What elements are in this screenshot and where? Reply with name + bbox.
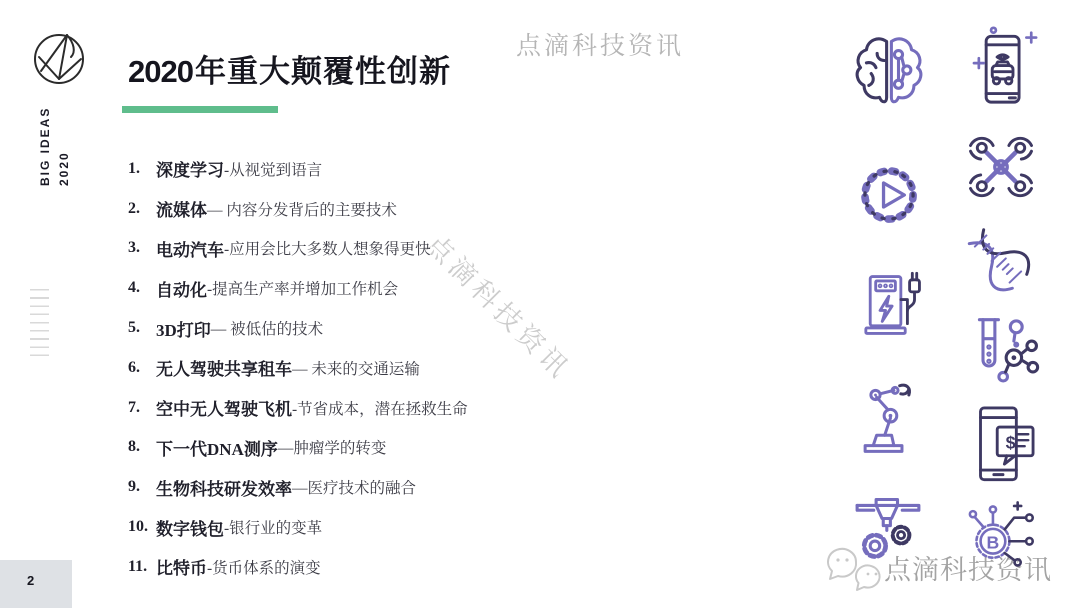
brand-line2: 2020 [55, 107, 74, 186]
page-number: 2 [27, 573, 34, 588]
svg-text:$: $ [1006, 433, 1016, 453]
drone-icon [964, 132, 1038, 202]
slide-title: 2020年重大颠覆性创新 [128, 46, 451, 91]
decorative-line-stack [30, 289, 49, 363]
rideshare-app-icon [963, 26, 1041, 110]
list-item: 4.自动化-提高生产率并增加工作机会 [128, 268, 548, 308]
list-item: 10.数字钱包-银行业的变革 [128, 507, 548, 547]
slide-canvas: BIG IDEAS 2020 2 2020年重大颠覆性创新 点滴科技资讯 点滴科… [0, 0, 1080, 608]
list-item: 3.电动汽车-应用会比大多数人想象得更快 [128, 229, 548, 269]
streaming-media-icon [854, 160, 924, 230]
biotech-molecule-icon [964, 310, 1040, 384]
list-item: 1.深度学习-从视觉到语言 [128, 149, 548, 189]
bitcoin-network-icon: B [960, 496, 1040, 570]
list-item: 8.下一代DNA测序—肿瘤学的转变 [128, 428, 548, 468]
list-item: 2.流媒体— 内容分发背后的主要技术 [128, 189, 548, 229]
digital-wallet-icon: $ [966, 402, 1038, 488]
dna-sequencing-icon [948, 209, 1048, 310]
printing-3d-icon [850, 490, 926, 566]
watermark-top: 点滴科技资讯 [516, 26, 684, 62]
list-item: 11.比特币-货币体系的演变 [128, 547, 548, 587]
robot-arm-icon [850, 380, 924, 456]
title-year: 2020 [128, 54, 193, 89]
brand-line1: BIG IDEAS [36, 107, 55, 186]
brain-ai-icon [850, 32, 928, 108]
svg-text:B: B [986, 532, 999, 552]
list-item: 6.无人驾驶共享租车 — 未来的交通运输 [128, 348, 548, 388]
title-text: 年重大颠覆性创新 [195, 54, 451, 89]
list-item: 9.生物科技研发效率—医疗技术的融合 [128, 467, 548, 507]
ideas-list: 1.深度学习-从视觉到语言 2.流媒体— 内容分发背后的主要技术 3.电动汽车-… [128, 149, 548, 587]
title-accent-bar [122, 106, 278, 113]
ev-charging-icon [856, 266, 926, 344]
page-number-box [0, 560, 72, 608]
ark-logo-icon [28, 26, 90, 88]
list-item: 7.空中无人驾驶飞机-节省成本，潜在拯救生命 [128, 388, 548, 428]
list-item: 5.3D打印 — 被低估的技术 [128, 308, 548, 348]
brand-vertical-text: BIG IDEAS 2020 [36, 107, 74, 186]
